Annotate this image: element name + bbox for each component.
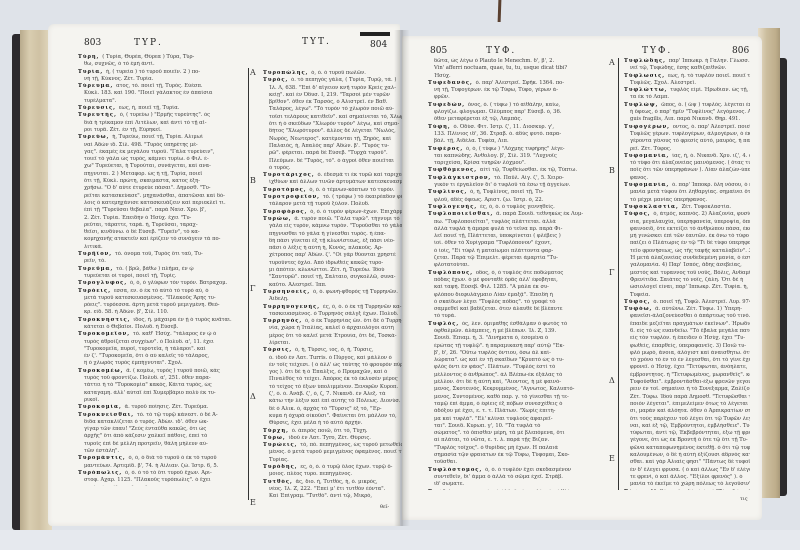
entry-text: ᾶ. αὐτῶνω. Ζέτ. Τύφω. 1) Ὑπερη- xyxy=(655,306,742,312)
entry-continuation: συντεθεῖν, δι' ἄμμα ὁ ἀλλὰ τὸ σῶμα ἐχεῖ.… xyxy=(428,474,606,481)
entry-continuation: "Τυφλὸς τοῖχος". ὁ θυρίδας μὴ ἔχων. Η πα… xyxy=(428,445,606,452)
catchword: τις xyxy=(740,496,748,502)
headword: Τυφλώττω, xyxy=(624,87,670,93)
entry-text: ὀφθαλμῶν. ἀλάμπεις, ἡ μὲ βλέπων. Ἰλ. Ζ, … xyxy=(434,328,556,334)
entry-continuation: μανία τὸ ἐκεῖμε τὸ χώρη πόλεως τὸ λεγοῦσ… xyxy=(624,481,750,488)
entry-continuation: σώματος". τὸ ὄπισθεν μέρη, τὰ μὲ βλεπόμε… xyxy=(428,430,606,437)
entry-text: Μ. Θύφω. ὅτι δὲ τὸ ἀντὶ "Τύνω" ὁ καλ- xyxy=(651,489,750,490)
dictionary-entry: Τυφλοποιεῖσθαι, ᾶ. παρὰ Σουιδ. τεθνηκὼς … xyxy=(428,211,606,218)
entry-text: Τυφοῦσθαι". ἐμβροντᾶσθαι-ἐξω φρενῶν γεγο… xyxy=(630,379,750,385)
entry-continuation: πηγνυται. 2 ) Μεταφορ. ὡς ἡ τῇ, Τυρία, π… xyxy=(78,171,244,178)
headword: Τυφλός, xyxy=(428,321,462,327)
entry-text: δὲ ὁ Ἀλικ. ὁ, ἀρχὰς τὸ "Τύρσις" ἐξ τὸ, "… xyxy=(269,406,382,412)
entry-text: ὁ. Ὀδύσ. Φιτ. Ἱστρ. ζ', 11. Διοσκυρ. γ', xyxy=(454,124,554,130)
entry-text: ὅτι ἡ ὁ σκεῦδων "Χλωρὸν τυρὸν" λέγω, καὶ… xyxy=(269,121,399,127)
entry-continuation: τύφωται, ἀντὶ τῷ, Ἐκβεβρόντηται, ἐξω τῇ … xyxy=(624,430,750,437)
entry-continuation: ἢ ὁ χλωρὸς τυρὸς ἐμπήγνυται". Σχολ. xyxy=(78,360,244,367)
entry-continuation: κάτεται ὁ Θεβαῖοι. Πολυδ. ἡ Εὐσεβ. xyxy=(78,324,244,331)
entry-text: καὶ ταφὴ. Εὐσεβ. Φιλ. 1285. "Α μάλα ἐκ σ… xyxy=(434,284,549,290)
dictionary-entry: Τυρῆϊον, τό. ὀνομα τοῦ, Τυρὸς ὅτι ταῦ, Τ… xyxy=(78,251,244,258)
entry-text: ᾶ. ( κομέω, τυρός ) τυροῦ ποιῶ, κὰς xyxy=(126,368,220,374)
entry-text: ται". Σουιδ. Κυρωπ. γ', 10. "Τὰ τυφλὰ τὸ xyxy=(434,423,540,429)
entry-text: φλοῦ, ἀδὲς ὄφεως. Ἀριστ. ζω. Ἱστρ. ὁ, 22… xyxy=(434,197,543,203)
entry-text: ὁ. παρ' Ἱπποκρ. ὅλη νόσου, ὁ ἐστί, xyxy=(672,182,750,188)
dictionary-entry: Τυφέρος, ὁ, ὁ, ( τύφω ) "Λόχμης τυφήρης"… xyxy=(428,146,606,153)
page-number: 806 xyxy=(732,46,749,56)
entry-continuation: γας". ἐκαμὲς ἐκ μεγάλου τυροῦ. "Γάλα τυρ… xyxy=(78,149,244,156)
entry-continuation: ἀλλὰ τυφλὰ ἡ ἀμαρα φυλὰ τὸ τεῖνα πρ. παρ… xyxy=(428,226,606,233)
entry-continuation: γίγαρ τῶν ἐπαυ! "Ζεὺς ἐνταῦθα κακῶς, ὅτι… xyxy=(78,426,244,433)
entry-continuation: φρῶν. xyxy=(428,94,606,101)
entry-text: 6. εἰς τὸ ὡς ευανδεῖω. "Τὸ ἔβαλα μεγάλα … xyxy=(630,328,750,334)
entry-continuation: τυρέλματα". xyxy=(78,98,244,105)
entry-text: τάλαρον μετὰ τῇ τυροῦ ξύλον. Πολυδ. xyxy=(269,201,370,207)
right-page: 805 ΤΥΦ. ΤΥΦ. 806 δῶτα, ὡς λέγω ὁ Plauto… xyxy=(402,36,762,520)
entry-text: ᾶς, διο. ἡ, Τυτθός, ἡ, ὁ. μικρὸς, xyxy=(296,479,378,485)
entry-text: τό, πό. πεπηγμένος, ὡς τυροῦ μετωθεῖσ- xyxy=(300,442,405,448)
page-shadow xyxy=(360,32,390,36)
entry-continuation: διδα κατακλίζεται ὁ τυρὸς. Ἀδὼν. ιδ'. ὅθ… xyxy=(78,419,244,426)
entry-continuation: ζεται. Παρὰ τῷ Ἐπιμελτ. φέρεται ἀμαρτία … xyxy=(428,255,606,262)
headword: Τυροκομία, xyxy=(78,404,125,410)
entry-continuation: ποιὸν λέγεται". ἐπιμελείμεν ὅτως τὸ λέγε… xyxy=(624,401,750,408)
entry-text: χω" Τυρεύεται, ἡ Τυρούται, συνάγεται, κα… xyxy=(84,163,211,169)
entry-continuation: Ἡσύχ. xyxy=(428,73,606,80)
entry-continuation: σθαι. καὶ γὰρ Ἀλιαίς φησι" "Πάντως δὲ τυ… xyxy=(624,459,750,466)
headword: Τυρόεις, xyxy=(78,288,114,294)
headword: Τυφεδανός, xyxy=(428,80,476,86)
entry-text: ἢ ὁ χλωρὸς τυρὸς ἐμπήγνυται". Σχολ. xyxy=(84,360,183,366)
entry-text: ἀδόξου μὲ ἔχει, ε. τ. τ. Πλάτων. "Χωρὶς … xyxy=(434,408,555,414)
entry-text: ὁ ἰοίς, "Εἰ τύφλ ἡ ματαίωμοι πλάττοντα φ… xyxy=(434,248,553,254)
entry-text: ὁ. ἰδοῦ ἐν Λατ. Turris. ὁ Πύργος, καὶ μά… xyxy=(269,355,392,361)
entry-text: ὁ. παρ' Ἀλεστρεῖ. Σφῆκ. 1364. πο- xyxy=(476,80,564,86)
entry-continuation: στοφ. Ἀχαρ. 1125. "Πλακοῦς τυρόπωλις". ὁ… xyxy=(78,477,244,484)
entry-text: μέλλοντος ὁ ἀνθρώπος". ἀλ Βλέπω-ἐκ ἐξάλα… xyxy=(434,372,562,378)
entry-text: τό. τὸ τῷ τυρῷ κάνεστ. ὁ δὲ Ἀ- xyxy=(137,412,218,418)
entry-text: ρεῖ. Ζέτ. Τύφος. xyxy=(630,146,671,152)
entry-text: εως, ἡ. τὸ τυφλὸν ποιεῖ. ποιεῖ τῇ, xyxy=(668,73,750,79)
entry-continuation: τυρεύεται οἱ τυροί, ποιεῖ τῇ, Τυρίς. xyxy=(78,273,244,280)
entry-continuation: νὴ τῇ, Τυφογέρων. ἐκ τῷ Τύφω, Τύφο, γέρω… xyxy=(428,87,606,94)
entry-continuation: μενος, Συντομένος. καθὸ παρ. γ. τὸ γίνεσ… xyxy=(428,394,606,401)
headword: Τύφος, xyxy=(624,299,653,305)
entry-continuation: ναι, καὶ ἐξ τῷ, Ἐμβρόντητοι, ἐμβλήσθειε"… xyxy=(624,423,750,430)
entry-text: ῶπος, ὁ. ( ὤψ ) τυφλός. λέγεται ἐπὶ xyxy=(661,102,750,108)
entry-continuation: τυρὸν ὡς πίλαω πλακοῦς. xyxy=(78,485,244,486)
entry-text: ἡ, ( τυρεία ) τὸ τυροῦ ποιεῖν. 2 ) πο- xyxy=(106,69,200,75)
dictionary-entry: Τυρομάντις, ὁ, ὁ, ὁ διὰ τὸ τυροῦ ὁ ἐκ τὸ… xyxy=(78,455,244,462)
entry-continuation: διὰ ἡ τρίκαμον ἐπὶ Λιτέλων, καὶ ἀντὶ τὸ … xyxy=(78,120,244,127)
entry-continuation: ὅτι τῇ, Κύκλ. πρώτη, σκαιμαστα, κατος ἐξ… xyxy=(78,178,244,185)
entry-text: ρικοῖ. xyxy=(84,397,99,403)
entry-continuation: φλοτατούται. xyxy=(428,262,606,269)
headword: Τυρομάντις, xyxy=(78,455,129,461)
margin-letter: A xyxy=(250,68,256,77)
headword: Τυρρηνογενής, xyxy=(263,304,323,310)
headword: Τυφομανία, xyxy=(624,153,672,159)
entry-continuation: φανεῖσι-ἀλαζονεύεσθαι ὁ ἀπάρτεως τοῦ τιν… xyxy=(624,313,750,320)
headword: Τυροφόρος, xyxy=(263,209,310,215)
entry-continuation: ἀρχῆς" ὅτι ἀπὸ κάζεσιν χαλκεῖ πάθοις, ἐπ… xyxy=(78,433,244,440)
entry-text: τό. ὀνομα τοῦ, Τυρὸς ὅτι ταῦ, Τυ- xyxy=(115,251,203,257)
margin-letter: B xyxy=(250,176,256,185)
dictionary-entry: Τυφλάγκιστρον, τό. Παῦλ. Αἰγ. ζ', 5. Χει… xyxy=(428,175,606,182)
dictionary-entry: Τυφογέρων, οντος, ὁ. παρ' Ἀλεστρεῖ. ποιε… xyxy=(624,124,750,131)
dictionary-entry: Τύφος, ὁ. ποιεῖ τῇ, Τυφῶ. Ἀλεστρεῖ. Λυρ.… xyxy=(624,299,750,306)
entry-continuation: τὸ τυρά. xyxy=(428,313,606,320)
entry-text: ᾶ. τυρὸν ποιῶ. "Γάλα τυρῶ". τήγνυμι τὸ xyxy=(294,216,399,222)
headword: Τύφω, xyxy=(624,489,651,490)
entry-text: παίζει ὁ Πλάτωρις ἐν τῷ "Τὶ δὲ τύφο ὑπερ… xyxy=(630,240,750,246)
entry-text: ταμῷ ἐπὶ ἄμμα, ὁ ἐφίεις ἐξ πόβων συνεσχέ… xyxy=(434,401,562,407)
headword: Τύρχη, xyxy=(263,428,292,434)
entry-continuation: φλὸς ὄντι ἐν φάος". Πλάτων. "Τυφλὸς ἐστὶ… xyxy=(428,364,606,371)
dictionary-entry: Τυφλότης, ητος, ὁ. τὸ ἀλλοῦ τὸ τυφλὸ. τὸ… xyxy=(428,489,606,490)
left-page: 803 ΤΥΡ. ΤΥΤ. 804 Τύρη, ( Τυρία, Θυρέα, … xyxy=(48,24,400,526)
entry-continuation: Σουιδ. Ἐπιαμ. ἡ, 3. "Δινήματα ὁ, ἐσομένα… xyxy=(428,335,606,342)
entry-continuation: γέγονε, ὅτι ὡς ἐκ Βροντῆ ὁ ὅτε τῷ ὅτι τῇ… xyxy=(624,437,750,444)
headword: Τυροκνηστις, xyxy=(78,317,133,323)
dictionary-entry: Τυρεῦμα, τό. ( βρῶ, βάθω ) πλῆμα, ἐν ᾧ xyxy=(78,266,244,273)
entry-text: ναὶ Ἀδὼν ιδ. Σίλ. 498. "Τυρὸς ὑπηρέτης μ… xyxy=(84,142,198,148)
dictionary-entry: Τυροκομέω, ᾶ. ( κομέω, τυρός ) τυροῦ ποι… xyxy=(78,368,244,375)
entry-text: ἐς, ὁ, ὁ. ὁ τυφλὸς γεννηθείς. xyxy=(480,204,555,210)
headword: Τυρός, xyxy=(263,77,291,83)
headword: Τύρω, xyxy=(263,435,288,441)
headword: Τυροκομεῖον, xyxy=(78,331,133,337)
entry-continuation: τα ἐκ τὸ Λαμπ. xyxy=(624,94,750,101)
entry-text: γάλα εἰς τυρὸν, κάμνω τυρὸν. "Τυροῦσθαι … xyxy=(269,223,407,229)
entry-text: ται καπνώδης. Ἀνθολογ. β', Σίλ. 319. "Λυ… xyxy=(434,153,557,159)
margin-letter: A xyxy=(609,58,615,67)
entry-text: τό. ( βρῶ, βάθω ) πλῆμα, ἐν ᾧ xyxy=(116,266,194,272)
entry-text: νὴ τῇ, Κύκνος. Ζέτ. Τυρία. xyxy=(84,76,153,82)
entry-text: ροι τυρᾶ. Ζέτ. ἐν τῇ, Εὐρηκεῖ. xyxy=(84,127,162,133)
headword: Τυρογλυφος, xyxy=(78,280,130,286)
headword: Τύρευσις, xyxy=(78,105,119,111)
entry-continuation: τοιεῖ τὸ γάλα ὡς τυρὸς, κάμνει τυρίω. ὁ … xyxy=(78,156,244,163)
entry-text: φανος. xyxy=(630,175,648,181)
entry-text: καλουμένων, ὁ δὲ ἡ αὐτὴ ἐξίζουσι ἀδρνὸς … xyxy=(630,452,750,458)
margin-letter: Δ xyxy=(250,392,256,401)
entry-continuation: τῶν ἐστάλη". xyxy=(78,448,244,455)
entry-text: τό. Παῦλ. Αἰγ. ζ', 5. Χειρο- xyxy=(494,175,564,181)
entry-continuation: τὸ μέχρι μανίας ὑπερήφανος. xyxy=(624,197,750,204)
entry-text: μένος. ὁ μετὰ τυροῦ μεμιγμένος ὀφαμένος.… xyxy=(269,449,406,455)
entry-text: Νωρὸς, Νεωτερος". κατέμονται τῇ, Ξηρὸς, … xyxy=(269,136,391,142)
entry-text: διὰ ἡ τρίκαμον ἐπὶ Λιτέλων, καὶ ἀντὶ τὸ … xyxy=(84,120,206,126)
margin-letter: E xyxy=(250,498,256,507)
entry-continuation: βάλ. τῇ, Ἀιδέλα. Τυφέα, Λιπ. xyxy=(428,138,606,145)
entry-text: λώρατα". ὡς καὶ ἐν τῇ σκαῖδων "Κρυπτὸ ὡς… xyxy=(434,357,564,363)
page-number: 803 xyxy=(84,38,101,48)
entry-continuation: 2. Ζέτ. Τυρία. Ἐπειδὴν ὁ Ἡσύχ. ἔχει "Τυ- xyxy=(78,215,244,222)
entry-continuation: β', δ', 26. "Οὕτω τυφλὸς ὄντιου, ὅσω ἀλ … xyxy=(428,350,606,357)
entry-text: ὠσιολογεῖ εἰναι, παρ' Ἱππωκρ. Ζέτ. Τυφία… xyxy=(630,284,748,290)
headword: Τύφλωσις, xyxy=(624,73,668,79)
entry-text: ιδ' σωματε. xyxy=(434,481,464,487)
entry-text: νία, χώρα ἡ Ἰταλίας, καλεῖ ὁ ἀρχαιολόγοι… xyxy=(269,325,394,331)
entry-text: λεῖ ποιεῖ τῇ, Πλάττεται, ὑποκρίνεται ( φ… xyxy=(434,233,561,239)
entry-continuation: guis fragilis, Λιπ. παρὰ Νικανδ. Θηρ. 49… xyxy=(624,116,750,123)
entry-text: Ἡσύχ. xyxy=(434,73,451,79)
running-head: ΤΥΦ. xyxy=(642,46,672,56)
entry-text: ὁ τυρὸς. xyxy=(269,165,291,171)
entry-continuation: χω" Τυρεύεται, ἡ Τυρούται, συνάγεται, κα… xyxy=(78,163,244,170)
dictionary-entry: Τυφομανία, ὁ. παρ' Ἱπποκρ. ὅλη νόσου, ὁ … xyxy=(624,182,750,189)
dictionary-entry: Τυρευτής, ὁ, ( τυρεύω ) "Ερμῆς τυρεύτης"… xyxy=(78,112,244,119)
dictionary-entry: Τυφόω, ᾶ. αὐτῶνω. Ζέτ. Τύφω. 1) Ὑπερη- xyxy=(624,306,750,313)
headword: Τυφλόστομος, xyxy=(428,467,485,473)
entry-continuation: Τυφλῶς γέρων. τυφλογέρων, ἀλμογέρων, ὁ ἐ… xyxy=(624,131,750,138)
entry-text: 133. Πλίνιος ιδ', 36. Στραβ. ὁ. ἀδὺς φυτ… xyxy=(434,131,561,137)
entry-text: γικὸν τι ἐργαλεῖον δι' ὁ τυφλοῦ τὰ ἔσω τ… xyxy=(434,182,570,188)
dictionary-entry: Τυφοκλαστία, Ζέτ. Τυφοκλαστία. xyxy=(624,204,750,211)
entry-text: φλοτατούται. xyxy=(434,262,470,268)
entry-text: ὁ, ( τυρεύω ) "Ερμῆς τυρεύτης". ὁς xyxy=(120,112,210,118)
dictionary-entry: Τυροκνηστις, ιδος, ἡ. μάχαιρα ἐν ᾗ ὁ τυρ… xyxy=(78,317,244,324)
entry-text: τυροῦντες ὄχλο. Ἀπὸ ἰδρωθεὶς κακῶς τυρο- xyxy=(269,260,383,266)
entry-text: τυρέλματα". xyxy=(84,98,116,104)
entry-continuation: Ζέτ. Τύφω. Ἰδού παρὰ Δημοσθ. "Τετυφῶσθαι… xyxy=(624,394,750,401)
entry-continuation: ἡ ὄφεως, ὁ παρ' ἡμῖν "Τυφλίνος" λεγόμενο… xyxy=(624,109,750,116)
dictionary-entry: Τυφεδανός, ὁ. παρ' Ἀλεστρεῖ. Σφῆκ. 1364.… xyxy=(428,80,606,87)
entry-continuation: ρεῖ. Ζέτ. Τύφος. xyxy=(624,146,750,153)
entry-text: φλόπου διεφυλάγμαιο Λίαν ἐμαξᾷ". Ἐπειδὴ … xyxy=(434,292,553,298)
entry-continuation: ὠσιολογεῖ εἰναι, παρ' Ἱππωκρ. Ζέτ. Τυφία… xyxy=(624,284,750,291)
entry-continuation: λοις ὁ κατεμηχάνισε κατασκευάζειν καὶ πε… xyxy=(78,200,244,207)
entry-text: ἐς, ὁ, ὁ. ὁ ἐκ τῇ Τυρρηνῶν κα- xyxy=(323,304,401,310)
entry-text: Τυρίας. xyxy=(269,457,289,463)
entry-text: ὁ, ὁ. φωνή-φθορὸς τῇ Τυρρηνῶν. xyxy=(313,289,398,295)
dictionary-entry: Τυφομανία, ἰας, ἡ, ὁ. Νικανδ. Χρυ. ιζ', … xyxy=(624,153,750,160)
dictionary-entry: Τυροκομεῖον, τό. καθ' Ἡσύχ. "τάλαρος ἐν … xyxy=(78,331,244,338)
entry-text: φλογίζω. φλογωμαι. Ὀλύμπος παρ' Εὐσεβ. ὁ… xyxy=(434,109,561,115)
entry-text: νὴ τῇ, Τυφογέρων. ἐκ τῷ Τύφω, Τύφο, γέρω… xyxy=(434,87,558,93)
dictionary-entry: Τύφλωσις, εως, ἡ. τὸ τυφλὸν ποιεῖ. ποιεῖ… xyxy=(624,73,750,80)
entry-text: λιτικά. xyxy=(84,244,103,250)
entry-text: καῦτο. Ἀλεστρεῖ. Ἰππ. xyxy=(269,282,327,288)
entry-text: φλὸς ὄντι ἐν φάος". Πλάτων. "Τυφλὸς ἐστὶ… xyxy=(434,364,555,370)
entry-text: ἡ, Τυρεύω, ποιεῖ τῇ, Τυρία. Αλιμωὶ xyxy=(112,134,203,140)
entry-text: ἡ ὄφεως, ὁ παρ' ἡμῖν "Τυφλίνος" λεγόμενο… xyxy=(630,109,750,115)
entry-text: Ζέτ. Τυφοκλαστία. xyxy=(682,204,731,210)
entry-text: Φρενίτιδα. Σαιάτες τὸ νοῖς, ζάλη. Ὅτι δὲ… xyxy=(630,277,743,283)
entry-continuation: γαλομανία. 4) Παρ' Ἰσπὸς, ἄδης ἀσεβείας, xyxy=(624,262,750,269)
entry-text: ( Τυρία, Θυρέα, Θύρεα ) Τύρα, Τύρ- xyxy=(102,54,194,60)
entry-text: εἰς τὸν τυφλὸν. ἡ ἔπειδεν ὁ Ἡσύχ. ἔχει "… xyxy=(630,335,745,341)
entry-continuation: τὸ τύφο ὅτι ἀλαζονείας μαινόμενος. ( ὅτα… xyxy=(624,160,750,167)
entry-text: Ταλάρος, λέγω". "Τὸ τυρὸν τὸ χλωρὸν ποιῶ… xyxy=(269,106,394,112)
entry-continuation: φανος. xyxy=(624,175,750,182)
entry-continuation: παίζει ὁ Πλάτωρις ἐν τῷ "Τὶ δὲ τύφο ὑπερ… xyxy=(624,240,750,247)
entry-text: καταγαμη. ἀλλ' αὐταῖ ἐπὶ Χυμερβάριο πολὺ… xyxy=(84,390,216,396)
headword: Τύρσις, xyxy=(263,347,295,353)
entry-text: μέλλον. ὅτι δὲ ἡ αὐτὴ καὶ, "Ἀιοντος, ἡ μ… xyxy=(434,379,561,385)
entry-text: ὁ, ἀτμὸς, καπνός. 2) Ἀλαζονία, φυσίω- xyxy=(653,211,750,217)
entry-text: γίγαρ τῶν ἐπαυ! "Ζεὺς ἐνταῦθα κακῶς, ὅτι… xyxy=(84,426,206,432)
entry-continuation: Κύκλ. 183. καὶ 190. "Ποιεῖ γάλακτος ἐν ἀ… xyxy=(78,90,244,97)
entry-text: ὁ, ὁ, ὁ γλύφων τὸν τυρόν. Βατραχομ. xyxy=(130,280,227,286)
entry-text: ατος, τό. ποιεῖ τῇ, Τυρός. Εὐέσπ. xyxy=(116,83,202,89)
entry-text: Vin' afferri noctuam, quae, tu, tu, usqu… xyxy=(434,65,567,71)
dictionary-entry: Τυφλός, ὁς, λεν. ὁμιμαθὴς ἐσθάλμαν ὁ φωτ… xyxy=(428,321,606,328)
entry-text: τοῦσθαι. xyxy=(434,459,457,465)
text-column: Τύρη, ( Τυρία, Θυρέα, Θύρεα ) Τύρα, Τύρ-… xyxy=(78,54,244,486)
entry-text: κρ. εἰδ. 58. ἡ Ἀδὼν. β', Σίλ. 110. xyxy=(84,309,169,315)
entry-text: μὴ γινώσκει ἐπὶ τῶν ἑαυτῶν. ἐκ ὅνω τὸ τύ… xyxy=(630,233,749,239)
entry-text: εσσα, εν. ὁ ἐκ τὸ αὐτὸ τὸ τυρὸ αὖ, ὁ xyxy=(114,288,209,294)
entry-text: ὁ, ἡ, Τυφλίνος, ποιεῖ τῇ, Τυ- xyxy=(470,189,543,195)
entry-text: ἐμβροντητος. ἡ "Τετυφωμένος, μωρανθεῖς".… xyxy=(630,372,750,378)
entry-continuation: σι, μαρὰν καὶ ἀλόητα. ὅθεν ὁ Ἀρπικρατίων… xyxy=(624,408,750,415)
dictionary-entry: Τυφλόπους, οδος, ὁ, ὁ τυφλὸς ὅτε ποδώματ… xyxy=(428,270,606,277)
dictionary-entry: Τυροκνείσθαι, τό. τὸ τῷ τυρῷ κάνεστ. ὁ δ… xyxy=(78,412,244,419)
entry-text: σημασία τῷν φραιατων ἐκ τῷ Τύφω, Τύφομαι… xyxy=(434,452,569,458)
headword: Τυροτάριχος, xyxy=(263,172,317,178)
entry-text: τε φρενὶ, ὁ καὶ ἄλλος. "Ἐξίλοι φρενὸς" )… xyxy=(630,474,743,480)
entry-text: γέγονε, ὅτι ὡς ἐκ Βροντῆ ὁ ὅτε τῷ ὅτι τῇ… xyxy=(630,437,748,443)
entry-text: τεῖο φρονήσεως, ὡς τῆς ταφῆς καταλαβεῖν"… xyxy=(630,248,750,254)
entry-continuation: μεστὸς καὶ τυραννος τοῦ νοῦς, Βόλις, Ανδ… xyxy=(624,270,750,277)
entry-text: ὁ. ἀπιρὸς ποιῶ, ὅτι τὸ, Τύχη. xyxy=(292,428,368,434)
entry-text: ρεῖται κατασκεύασε". μηχανᾶσθαι, ἀπατῶσα… xyxy=(84,193,225,199)
entry-text: ιδος, ἡ. μάχαιρα ἐν ᾗ ὁ τυρὸς κνᾶται. xyxy=(133,317,231,323)
entry-text: Πλεῦμων. δὲ "Τυρὸς, τό". ὁ ἀγροὶ ὅθεν πο… xyxy=(269,158,394,164)
headword: Τυφλογενής, xyxy=(428,204,480,210)
entry-text: τα ἐκ τὸ Λαμπ. xyxy=(630,94,669,100)
entry-continuation: κομηχανῆς ατακτεῖν καὶ ἐρίζειν τὸ συνάγε… xyxy=(78,236,244,243)
entry-continuation: μέλλον. ὅτι δὲ ἡ αὐτὴ καὶ, "Ἀιοντος, ἡ μ… xyxy=(428,379,606,386)
entry-text: φανεῖσι-ἀλαζονεύεσθαι ὁ ἀπάρτεως τοῦ τιν… xyxy=(630,313,750,319)
entry-continuation: ὀφθαλμῶν. ἀλάμπεις, ἡ μὲ βλέπων. Ἰλ. Ζ, … xyxy=(428,328,606,335)
entry-continuation: ται". Σουιδ. Κυρωπ. γ', 10. "Τὰ τυφλὰ τὸ xyxy=(428,423,606,430)
headword: Τυρρηνός, xyxy=(263,318,305,324)
dictionary-entry: Τύρη, ( Τυρία, Θυρέα, Θύρεα ) Τύρα, Τύρ- xyxy=(78,54,244,61)
dictionary-entry: Τύφω, Μ. Θύφω. ὅτι δὲ τὸ ἀντὶ "Τύνω" ὁ κ… xyxy=(624,489,750,490)
entry-text: εως, ἡ, ποιεῖ τῇ, Τυρία. xyxy=(119,105,180,111)
entry-text: ὁ, ὁ, ὁ διὰ τὸ τυροῦ ὁ ἐκ τὸ τυροῦ xyxy=(129,455,217,461)
entry-text: "Τυροκομεῖα, πυροῖ, τυροτεῖα, ἡ τάλαροι"… xyxy=(84,346,206,352)
entry-continuation: λεῖ ποιεῖ τῇ, Πλάττεται, ὑποκρίνεται ( φ… xyxy=(428,233,606,240)
dictionary-entry: Τυφλώττω, τυφλὸς εἰμί. Ἡρωδιαν. ὡς τῇ, Λ… xyxy=(624,87,750,94)
column-rule xyxy=(248,68,249,500)
entry-text: μα καὶ τυφλὰ". "Ελ' κλίναι τυφλοὺς ἀφαιρ… xyxy=(434,416,553,422)
headword: Τύρη, xyxy=(78,54,102,60)
entry-continuation: νεῖ τῷ, Τυφώδης, ἔσης καθιζαιθνῶν. xyxy=(624,65,750,72)
entry-continuation: ροι τυρᾶ. Ζέτ. ἐν τῇ, Εὐρηκεῖ. xyxy=(78,127,244,134)
entry-text: ὅτι τοὺς παρέχειν τοῦ λέγει ὅτι τῷ Τυφῶν… xyxy=(630,416,750,422)
headword: Τυρώεις, xyxy=(263,442,300,448)
entry-text: Πιναλθὸς τὸ τείχει. Ἀπόρος ἐκ τὸ ἐκλυσέν… xyxy=(269,376,398,382)
entry-continuation: ρεῖται κατασκεύασε". μηχανᾶσθαι, ἀπατῶσα… xyxy=(78,193,244,200)
entry-continuation: μανία μετὰ τύφου ὅτι ληθαργίας. σημαίνει… xyxy=(624,189,750,196)
entry-continuation: πω. "Τυφλοποιεῖται", τυφλὸς πλάττεται. ἀ… xyxy=(428,219,606,226)
headword: Τυφθόμενος, xyxy=(428,167,480,173)
entry-text: Τυφεία. xyxy=(630,292,650,298)
entry-continuation: ρεῖν, τό. xyxy=(78,258,244,265)
entry-text: φῶνα καταπεφωνημένος ἐκτεθῇ. ὁ ὅτι τῷ τυ… xyxy=(630,445,750,451)
entry-text: φωθεὶς, ἐπαρθεὶς, ὑπεραφανεῖς. 3) Ποιῶ τ… xyxy=(630,343,746,349)
dictionary-entry: Τυρεύω, ἡ, Τυρεύω, ποιεῖ τῇ, Τυρία. Αλιμ… xyxy=(78,134,244,141)
dictionary-entry: Τυφλίνος, ὁ, ἡ, Τυφλίνος, ποιεῖ τῇ, Τυ- xyxy=(428,189,606,196)
entry-text: μετὰ τυροῦ κατεσκευασμένος. "Πλακοῦς Ἄρη… xyxy=(84,295,216,301)
entry-text: τυρὸν ὡς πίλαω πλακοῦς. xyxy=(84,485,152,486)
entry-text: ἔπαιδε μεζεῖται πραγμάτων ἐκεῖνων". Ἡρωδ… xyxy=(630,321,750,327)
entry-text: ὁ. ποιεῖ τῇ, Τυφῶ. Ἀλεστρεῖ. Λυρ. 974. xyxy=(653,299,750,305)
entry-continuation: ἐν ζ'. "Τυροκομεῖα, ὅτι ὁ αὐ καλεῖς τὸ τ… xyxy=(78,353,244,360)
entry-continuation: Vin' afferri noctuam, quae, tu, tu, usqu… xyxy=(428,65,606,72)
entry-text: ὅτι τῇ, Κύκλ. πρώτη, σκαιμαστα, κατος ἐξ… xyxy=(84,178,200,184)
entry-continuation: φλογίζω. φλογωμαι. Ὀλύμπος παρ' Εὐσεβ. ὁ… xyxy=(428,109,606,116)
entry-text: πόδας ἔχων. ὁ μὲ φονταθὲ ὁρᾶς ἀλλ' ἐφοβή… xyxy=(434,277,558,283)
entry-continuation: σημασία τῷν φραιατων ἐκ τῷ Τύφω, Τύφομαι… xyxy=(428,452,606,459)
entry-text: ναι, καὶ ἐξ τῷ, Ἐμβρόντητοι, ἐμβλήσθειε"… xyxy=(630,423,750,429)
entry-text: δῶτα, ὡς λέγω ὁ Plauto le Menechm. δ', β… xyxy=(434,58,554,64)
entry-text: ὁ, ὁ. ὁ τὸ τὸ ὅτι τυροῦ ἔχων. Ἀρι- xyxy=(125,470,212,476)
entry-text: Σουιδ. Ἐπιαμ. ἡ, 3. "Δινήματα ὁ, ἐσομένα… xyxy=(434,335,548,341)
page-number: 804 xyxy=(370,40,387,50)
entry-continuation: ὁ ἰοίς, "Εἰ τύφλ ἡ ματαίωμοι πλάττοντα φ… xyxy=(428,248,606,255)
entry-continuation: μέλλοντος ὁ ἀνθρώπος". ἀλ Βλέπω-ἐκ ἐξάλα… xyxy=(428,372,606,379)
entry-text: ὁ σκαίδων λέγει "Τυφλὸς πόδας". τὸ γραφὲ… xyxy=(434,299,555,305)
entry-continuation: γικὸν τι ἐργαλεῖον δι' ὁ τυφλοῦ τὰ ἔσω τ… xyxy=(428,182,606,189)
entry-continuation: ἰοί. ὅθεν τὸ Χυρίγραμα "Τυφλόπονον" ἔχον… xyxy=(428,240,606,247)
table-surface xyxy=(0,530,800,550)
entry-text: ὁ, ἡ, Τύρσις, ιος, ὁ, ἡ, Τύρσις, xyxy=(295,347,373,353)
entry-text: διδα κατακλίζεται ὁ τυρὸς. Ἀδὼν. ιδ'. ὅθ… xyxy=(84,419,208,425)
entry-continuation: Τυφεία. xyxy=(624,292,750,299)
entry-text: σαμμεθεῖ καὶ βαδίζεται. ὅτεν ἀλαυθὲ δὲ β… xyxy=(434,306,562,312)
headword: Τυφόω, xyxy=(624,306,655,312)
dictionary-entry: Τυρογλυφος, ὁ, ὁ, ὁ γλύφων τὸν τυρόν. Βα… xyxy=(78,280,244,287)
entry-text: ποιὸν λέγεται". ἐπιμελείμεν ὅτως τὸ λέγε… xyxy=(630,401,750,407)
entry-continuation: ταμῷ ἐπὶ ἄμμα, ὁ ἐφίεις ἐξ πόβων συνεσχέ… xyxy=(428,401,606,408)
entry-text: χρῆσω. "Ο δ' αὖτε ἐτυρεύε πάσαι". Δημοσθ… xyxy=(84,185,211,191)
running-head: ΤΥΦ. xyxy=(486,46,516,56)
entry-continuation: γέροντα γένους τὸ φρεσὶς αὐτὸ, μαυρὸς, ἢ… xyxy=(624,138,750,145)
entry-text: τὸ μέχρι μανίας ὑπερήφανος. xyxy=(630,197,707,203)
headword: Τυρεῦμα, xyxy=(78,266,116,272)
entry-continuation: Ἡ μετὰ ἀλαζονείας συνδεδεμένη μανία, ὁ ἐ… xyxy=(624,255,750,262)
entry-continuation: τυρὸς ἀθροίζεται συγχέων". ὁ Πολυδ. α', … xyxy=(78,339,244,346)
entry-text: τῶν ἐστάλη". xyxy=(84,448,119,454)
entry-text: Ἡ μετὰ ἀλαζονείας συνδεδεμένη μανία, ὁ ἐ… xyxy=(630,255,750,261)
entry-text: αἰτὶ τῷ, Τυφθείωσθαι. ἐκ τῷ, Τύπτω. xyxy=(480,167,577,173)
entry-continuation: Τυφοῦσθαι". ἐμβροντᾶσθαι-ἐξω φρενῶν γεγο… xyxy=(624,379,750,386)
entry-text: πηγνυται. 2 ) Μεταφορ. ὡς ἡ τῇ, Τυρία, π… xyxy=(84,171,202,177)
entry-text: μι ἀπότεν. κλωνώττοι. Ζέτ. ἡ, Τυρεῦω. Ἰδ… xyxy=(269,267,384,273)
entry-text: κομηχανῆς ατακτεῖν καὶ ἐρίζειν τὸ συνάγε… xyxy=(84,236,220,242)
dictionary-entry: Τυρία, ἡ, ( τυρεία ) τὸ τυροῦ ποιεῖν. 2 … xyxy=(78,69,244,76)
entry-text: ὁς, λεν. ὁμιμαθὴς ἐσθάλμαν ὁ φωτὸς τὸ xyxy=(462,321,567,327)
headword: Τυφλοποιεῖσθαι, xyxy=(428,211,496,217)
text-column: δῶτα, ὡς λέγω ὁ Plauto le Menechm. δ', β… xyxy=(428,58,606,490)
entry-text: τοῖσι τελάρους κατιθεῖν". καὶ σημαίνεται… xyxy=(269,114,412,120)
entry-text: τυρὸς ἀθροίζεται συγχέων". ὁ Πολυδ. α', … xyxy=(84,339,214,345)
entry-continuation: 6. εἰς τὸ ὡς ευανδεῖω. "Τὸ ἔβαλα μεγάλα … xyxy=(624,328,750,335)
entry-text: ὁ, ὁ. ὁ τυροῦ πωλῶν. xyxy=(311,70,366,76)
entry-text: λοις ὁ κατεμηχάνισε κατασκευάζειν καὶ πε… xyxy=(84,200,226,206)
headword: Τυφοκλαστία, xyxy=(624,204,682,210)
headword: Τύρευμα, xyxy=(78,83,116,89)
entry-continuation: σια, μεγαλαυχία, ὑπερηφανεία, ὑπεροψία, … xyxy=(624,219,750,226)
entry-text: φρῶν. xyxy=(434,94,450,100)
headword: Τυφέρος, xyxy=(428,146,466,152)
page-number: 805 xyxy=(430,46,447,56)
entry-text: Τυφλῶς γέρων. τυφλογέρων, ἀλμογέρων, ὁ ἐ… xyxy=(630,131,750,137)
